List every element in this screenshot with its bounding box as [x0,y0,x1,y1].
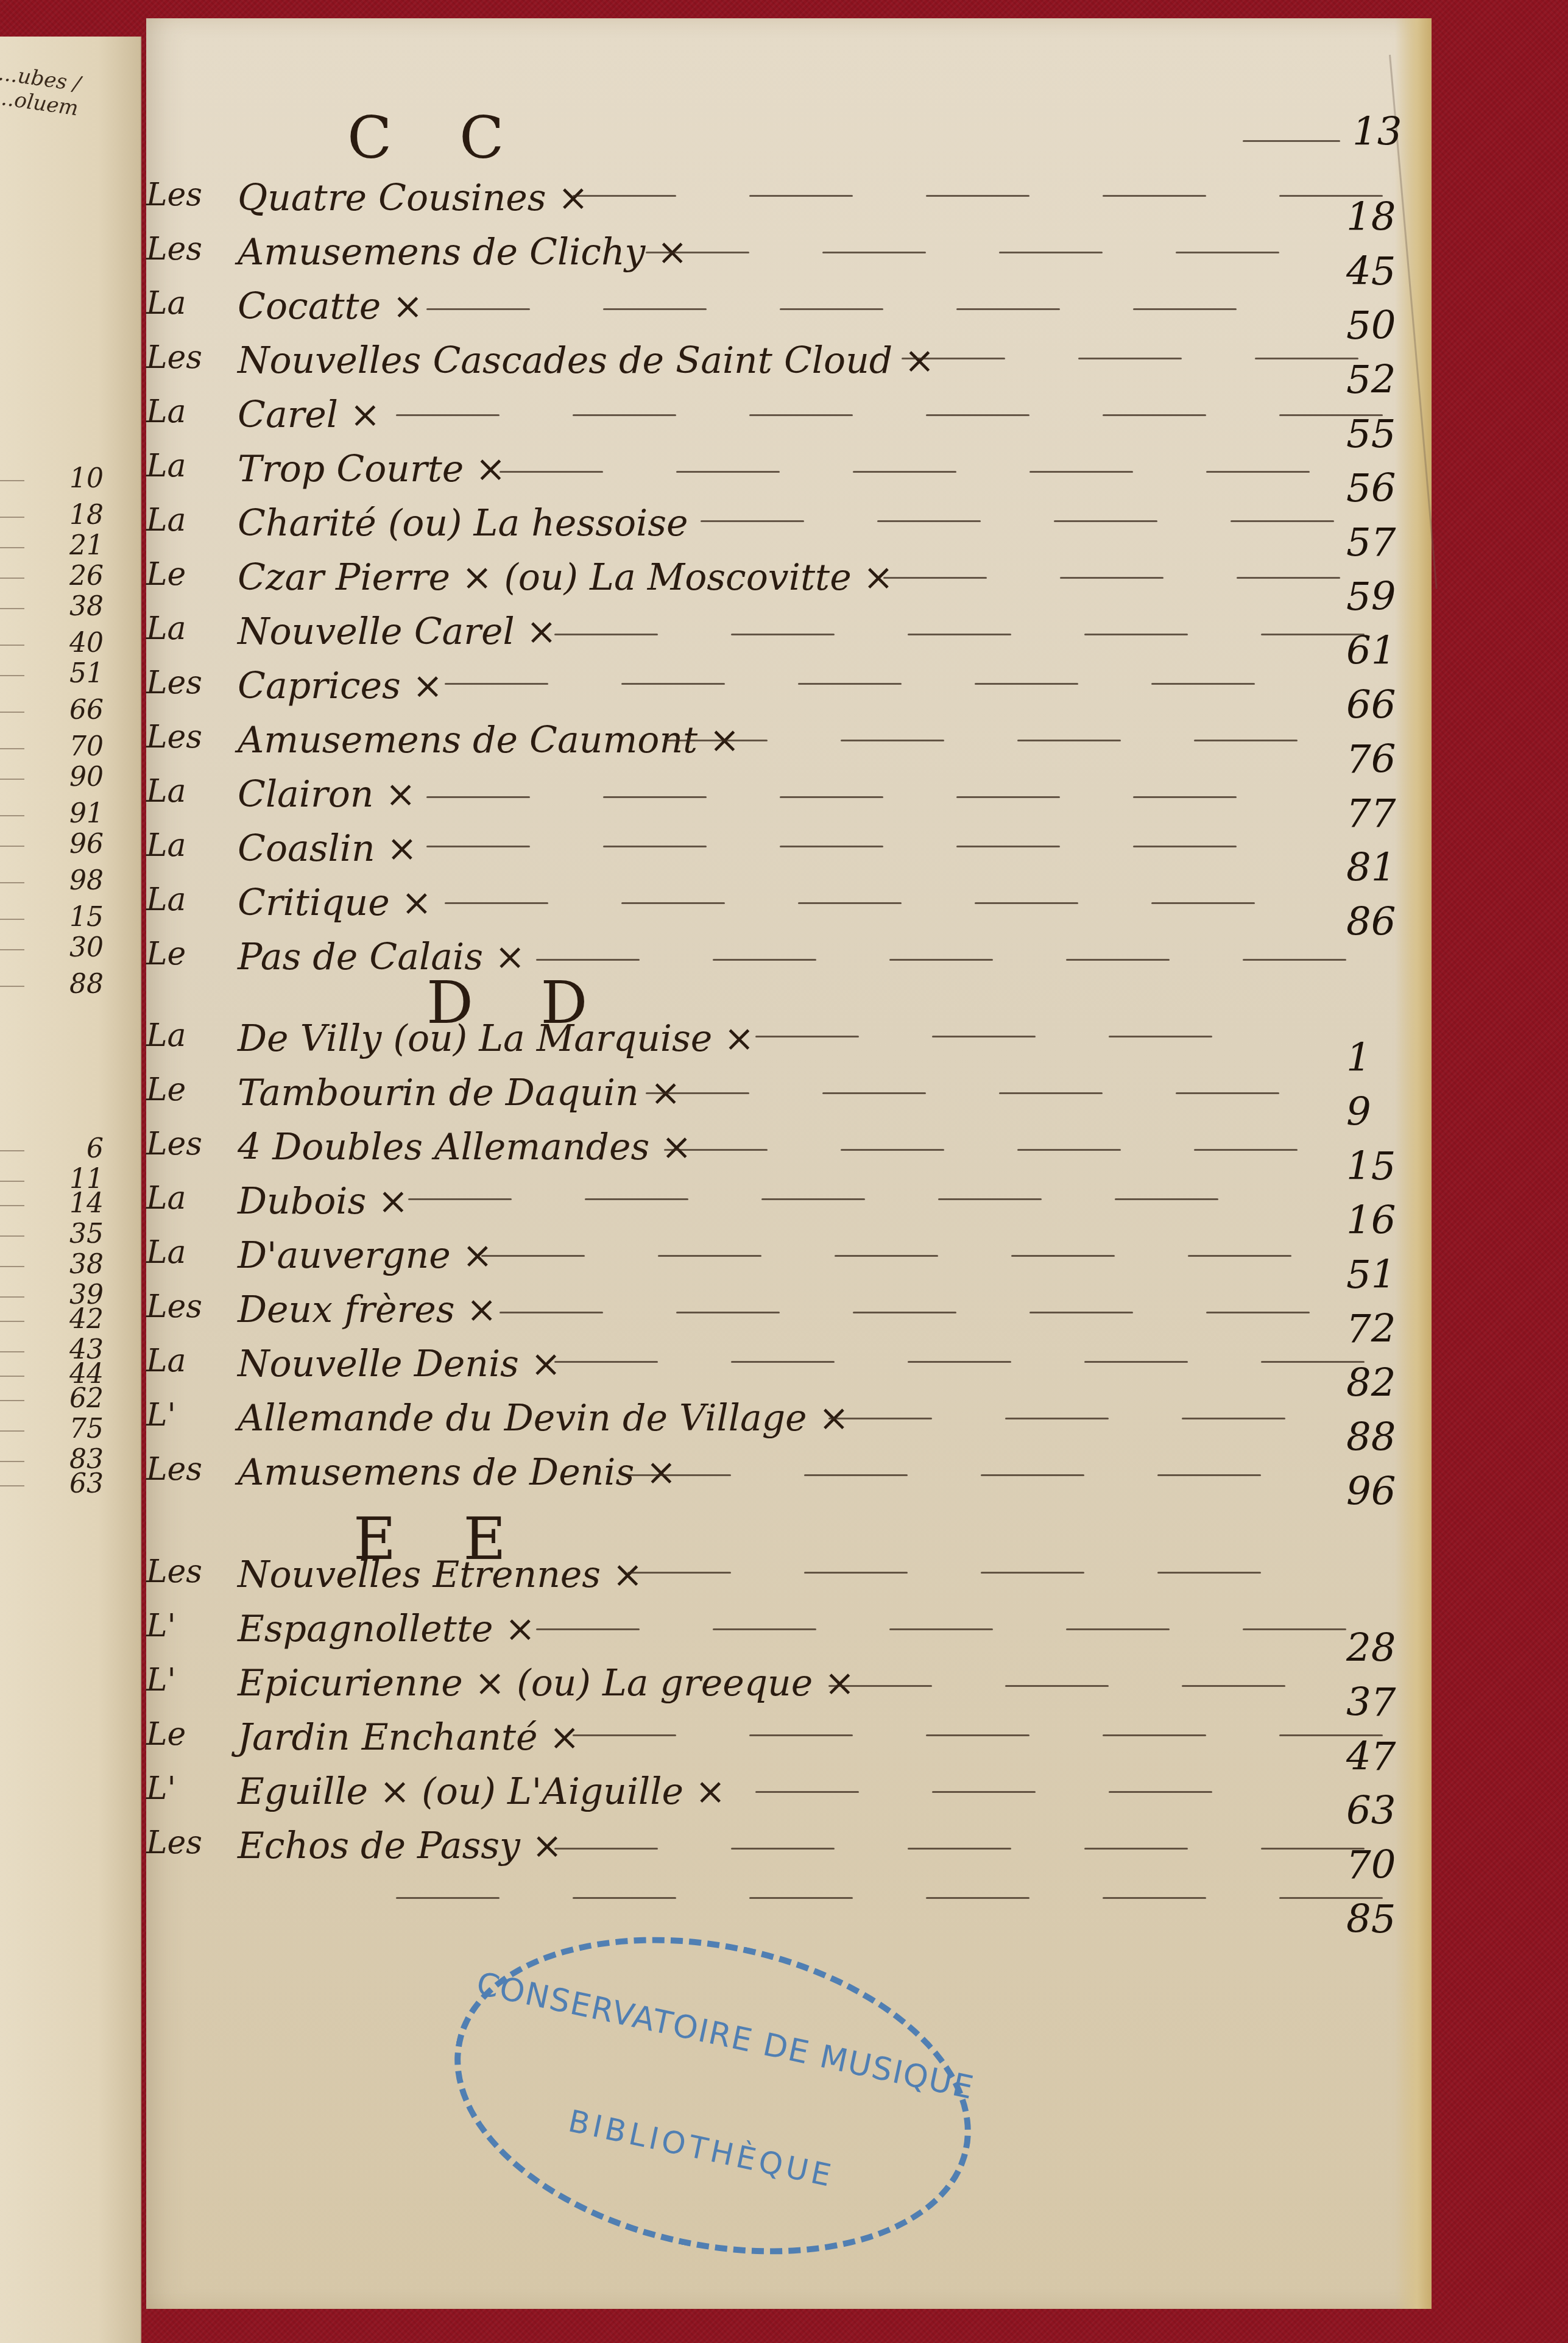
index-entry: LaCocatte ×50 [213,285,1553,334]
leader-line [883,577,987,579]
leader-line [1188,1255,1291,1257]
leader-line [908,1361,1011,1363]
leader-line [926,1734,1029,1736]
leader-line [1005,1418,1109,1419]
leader-line [445,683,548,685]
index-entry: LesEchos de Passy ×70 [213,1825,1553,1873]
leader-line [841,1149,944,1151]
leader-line [975,683,1078,685]
manuscript-page: C C 13 LesQuatre Cousines ×18LesAmusemen… [146,18,1432,2309]
leader-line [975,902,1078,904]
leader-line [1194,740,1298,741]
leader-line [1011,1255,1115,1257]
leader-line [627,1474,731,1476]
leader-line [627,1572,731,1574]
index-entry: LesNouvelles Etrennes × [213,1553,1553,1602]
leader-line [1078,358,1182,359]
facing-page-number: 10 [12,463,104,494]
leader-line [1017,1149,1121,1151]
leader-line [798,683,902,685]
index-entry: LaDe Villy (ou) La Marquise ×1 [213,1017,1553,1066]
facing-page-number: 70 [12,731,104,762]
entry-title: Nouvelles Etrennes × [238,1553,643,1596]
facing-page: ...ubes / ...oluem 101821263840516670909… [0,37,141,2343]
index-entry: L'Allemande du Devin de Village ×88 [213,1397,1553,1446]
leader-line [573,195,676,197]
leader-line [1103,414,1206,416]
index-entry: LesDeux frères ×72 [213,1288,1553,1337]
entry-title: Espagnollette × [238,1608,535,1650]
index-entry: LaCritique ×86 [213,882,1553,930]
entry-title: Tambourin de Daquin × [238,1072,681,1114]
leader-line [500,471,603,473]
facing-page-number: 6 [12,1133,104,1164]
leader-line [761,1198,865,1200]
leader-line [1029,471,1133,473]
facing-page-number: 90 [12,762,104,793]
entry-article: Les [146,1825,202,1861]
leader-line [828,1418,932,1419]
leader-line [956,846,1060,847]
leader-line [713,959,816,961]
entry-article: L' [146,1608,176,1644]
leader-line [780,846,883,847]
entry-title: Amusemens de Denis × [238,1451,677,1494]
leader-line [780,308,883,310]
leader-line [889,1628,993,1630]
entry-title: Nouvelle Denis × [238,1343,561,1385]
leader-line [877,520,981,522]
index-entry: LeJardin Enchanté ×47 [213,1716,1553,1765]
index-entry: LaCharité (ou) La hessoise57 [213,502,1553,551]
leader-line [749,414,853,416]
index-entry: LaDubois ×16 [213,1180,1553,1229]
leader-line [804,1474,908,1476]
leader-line [1176,252,1279,253]
entry-title: Jardin Enchanté × [238,1716,580,1759]
entry-article: Les [146,231,202,267]
facing-page-number: 75 [12,1413,104,1444]
index-entry: LaTrop Courte ×56 [213,448,1553,497]
leader-line [1243,1628,1346,1630]
leader-line [1133,846,1237,847]
leader-line [676,471,780,473]
leader-line [664,740,768,741]
leader-line [646,1092,749,1094]
leader-line [445,902,548,904]
leader-line [1066,959,1170,961]
leader-line [1231,520,1334,522]
leader-line [408,1198,512,1200]
entry-article: La [146,882,186,918]
entry-article: La [146,394,186,430]
leader-line [981,1572,1084,1574]
leader-line [603,796,707,798]
entry-article: Les [146,665,202,701]
leader-line [573,414,676,416]
leader-line [621,683,725,685]
leader-line [554,634,658,635]
page-number: 85 [1346,1897,1419,1942]
leader-line [1029,1312,1133,1313]
entry-article: Les [146,1126,202,1162]
leader-line [889,959,993,961]
leader-line [1103,1734,1206,1736]
leader-line [1243,959,1346,961]
entry-article: Les [146,177,202,213]
leader-line [926,195,1029,197]
entry-article: Le [146,1072,186,1108]
leader-line [981,1474,1084,1476]
leader-line [554,1848,658,1850]
facing-page-number: 14 [12,1188,104,1219]
leader-line [1151,683,1255,685]
leader-line [554,1361,658,1363]
index-entry: L'Espagnollette ×28 [213,1608,1553,1656]
entry-title: Epicurienne × (ou) La greeque × [238,1662,855,1705]
facing-page-number: 18 [12,500,104,531]
leader-line [749,1734,853,1736]
leader-line [956,796,1060,798]
facing-page-number: 40 [12,627,104,659]
entry-article: Les [146,1288,202,1325]
facing-page-number: 26 [12,560,104,592]
facing-page-number: 66 [12,694,104,726]
leader-line [1255,358,1358,359]
leader-line [908,1848,1011,1850]
entry-article: La [146,1343,186,1379]
entry-title: Carel × [238,394,380,436]
leader-line [822,252,926,253]
leader-line [731,634,835,635]
leader-line [1084,1361,1188,1363]
leader-line [1017,740,1121,741]
facing-page-number: 42 [12,1304,104,1335]
facing-page-number: 51 [12,658,104,689]
leader-line [926,1897,1029,1899]
leader-line [828,1685,932,1687]
leader-line [621,902,725,904]
entry-title: Coaslin × [238,827,417,870]
entry-title: Deux frères × [238,1288,497,1331]
facing-page-number: 15 [12,902,104,933]
leader-line [780,796,883,798]
facing-page-number: 96 [12,829,104,860]
entry-article: Les [146,1451,202,1488]
leader-line [1133,308,1237,310]
entry-title: Nouvelle Carel × [238,610,557,653]
leader-line [701,520,804,522]
leader-line [396,1897,500,1899]
leader-line [932,1791,1036,1793]
leader-line [731,1848,835,1850]
entry-article: La [146,448,186,484]
leader-line [1182,1685,1285,1687]
leader-line [1206,1312,1310,1313]
index-entry: L'Epicurienne × (ou) La greeque ×37 [213,1662,1553,1711]
index-entry: LesAmusemens de Caumont ×76 [213,719,1553,768]
entry-title: Dubois × [238,1180,409,1223]
entry-title: Allemande du Devin de Village × [238,1397,849,1440]
leader-line [822,1092,926,1094]
leader-line [932,1036,1036,1037]
facing-page-number: 88 [12,969,104,1000]
index-entry: LesCaprices ×66 [213,665,1553,713]
leader-line [755,1036,859,1037]
leader-line [853,1312,956,1313]
leader-line [646,252,749,253]
leader-line [658,1255,761,1257]
entry-article: Le [146,556,186,593]
leader-line [536,1628,640,1630]
leader-line [603,846,707,847]
facing-page-number: 38 [12,591,104,622]
facing-page-number: 30 [12,932,104,963]
leader-line [1109,1036,1212,1037]
leader-line [1060,577,1164,579]
index-entry: LaNouvelle Carel ×61 [213,610,1553,659]
entry-article: La [146,610,186,647]
leader-line [1084,1848,1188,1850]
facing-page-number: 91 [12,798,104,829]
leader-line [713,1628,816,1630]
index-entry: LeCzar Pierre × (ou) La Moscovitte ×59 [213,556,1553,605]
leader-line [585,1198,688,1200]
leader-line [500,1312,603,1313]
entry-article: La [146,285,186,322]
leader-line [804,1572,908,1574]
page-number: 13 [1352,110,1425,155]
leader-line [1157,1474,1261,1476]
entry-title: Caprices × [238,665,443,707]
leader-line [999,252,1103,253]
index-entry: LesAmusemens de Clichy ×45 [213,231,1553,280]
entry-article: La [146,1234,186,1271]
entry-title: Echos de Passy × [238,1825,562,1867]
index-entry: LaClairon ×77 [213,773,1553,822]
leader-line [1005,1685,1109,1687]
entry-title: Trop Courte × [238,448,506,490]
leader-line [926,414,1029,416]
index-entry: LesQuatre Cousines ×18 [213,177,1553,225]
leader-line [603,308,707,310]
entry-article: Les [146,1553,202,1590]
entry-title: Czar Pierre × (ou) La Moscovitte × [238,556,894,599]
leader-line [676,1312,780,1313]
stamp-top-text: CONSERVATOIRE DE MUSIQUE [471,1965,980,2107]
library-stamp: CONSERVATOIRE DE MUSIQUE BIBLIOTHÈQUE [425,1892,1000,2299]
stamp-bottom-text: BIBLIOTHÈQUE [448,2078,956,2219]
leader-line [835,1255,938,1257]
index-entry: 85 [213,1879,1553,1928]
leader-line [1176,1092,1279,1094]
entry-article: Le [146,1716,186,1753]
entry-title: Clairon × [238,773,416,816]
leader-line [1109,1791,1212,1793]
leader-line [1206,471,1310,473]
leader-line [1237,577,1340,579]
leader-line [999,1092,1103,1094]
top-page-number-row: 13 [146,116,1486,164]
index-entry: LaCoaslin ×81 [213,827,1553,876]
leader-line [536,959,640,961]
facing-page-number: 35 [12,1218,104,1249]
leader-line [426,796,530,798]
leader-line [1103,1897,1206,1899]
entry-article: Les [146,719,202,755]
leader-line [396,414,500,416]
index-entry: L'Eguille × (ou) L'Aiguille ×63 [213,1770,1553,1819]
entry-article: La [146,1017,186,1054]
leader-line [1103,195,1206,197]
entry-title: Quatre Cousines × [238,177,588,219]
leader-line [1066,1628,1170,1630]
index-entry: LaNouvelle Denis ×82 [213,1343,1553,1391]
leader-line [956,308,1060,310]
leader-line [1133,796,1237,798]
leader-line [1084,634,1188,635]
leader-line [1151,902,1255,904]
facing-page-number: 63 [12,1468,104,1499]
facing-page-number: 38 [12,1249,104,1280]
facing-page-number: 21 [12,530,104,561]
facing-page-numbers: 1018212638405166709091969815308861114353… [12,37,134,2343]
entry-article: La [146,1180,186,1217]
facing-page-number: 62 [12,1383,104,1414]
index-entry: LesNouvelles Cascades de Saint Cloud ×52 [213,339,1553,388]
entry-article: Le [146,936,186,972]
leader-line [664,1149,768,1151]
leader-line [908,634,1011,635]
leader-line [1194,1149,1298,1151]
entry-title: Amusemens de Clichy × [238,231,688,274]
leader-line [749,195,853,197]
leader-line [1115,1198,1218,1200]
leader-line [841,740,944,741]
leader-line [749,1897,853,1899]
entry-title: De Villy (ou) La Marquise × [238,1017,755,1060]
entry-title: 4 Doubles Allemandes × [238,1126,692,1168]
leader-line [426,308,530,310]
entry-article: La [146,827,186,864]
index-entry: LaD'auvergne ×51 [213,1234,1553,1283]
leader-line [481,1255,585,1257]
leader-line [573,1897,676,1899]
entry-article: L' [146,1770,176,1807]
entry-article: Les [146,339,202,376]
leader-line [1243,140,1340,142]
entry-article: La [146,502,186,539]
entry-title: Nouvelles Cascades de Saint Cloud × [238,339,935,382]
entry-title: D'auvergne × [238,1234,493,1277]
leader-line [902,358,1005,359]
leader-line [938,1198,1042,1200]
index-entry: LePas de Calais × [213,936,1553,984]
entry-title: Eguille × (ou) L'Aiguille × [238,1770,726,1813]
index-entry: LaCarel ×55 [213,394,1553,442]
leader-line [1054,520,1157,522]
leader-line [755,1791,859,1793]
facing-page-number: 98 [12,865,104,896]
leader-line [1182,1418,1285,1419]
leader-line [426,846,530,847]
index-entry: LeTambourin de Daquin ×9 [213,1072,1553,1120]
leader-line [731,1361,835,1363]
entry-title: Critique × [238,882,432,924]
entry-title: Charité (ou) La hessoise [238,502,688,545]
leader-line [853,471,956,473]
leader-line [1157,1572,1261,1574]
entry-article: L' [146,1397,176,1433]
page-number: 96 [1346,1469,1419,1514]
index-entry: LesAmusemens de Denis ×96 [213,1451,1553,1500]
entry-article: L' [146,1662,176,1698]
leader-line [798,902,902,904]
index-entry: Les4 Doubles Allemandes ×15 [213,1126,1553,1175]
leader-line [573,1734,676,1736]
entry-title: Cocatte × [238,285,423,328]
entry-article: La [146,773,186,810]
